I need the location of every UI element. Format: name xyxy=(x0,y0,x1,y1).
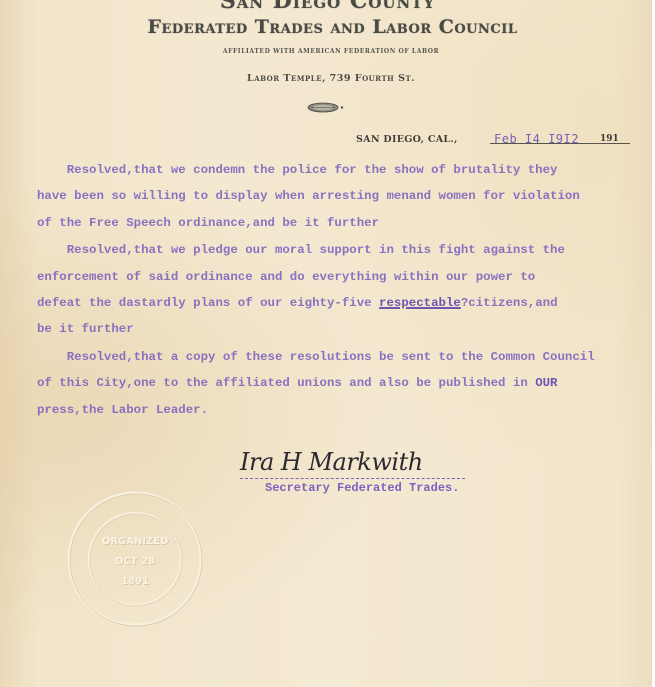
text-line: defeat the dastardly plans of our eighty… xyxy=(37,290,637,316)
letterhead-address: Labor Temple, 739 Fourth St. xyxy=(0,73,655,84)
letterhead-affiliation: AFFILIATED WITH AMERICAN FEDERATION OF L… xyxy=(0,48,655,55)
text-line: Resolved,that we condemn the police for … xyxy=(37,157,637,183)
paragraph-2: Resolved,that we pledge our moral suppor… xyxy=(37,237,637,342)
dateline: SAN DIEGO, CAL., Feb I4 I9I2 191 xyxy=(356,133,636,149)
text-segment: defeat the dastardly plans of our eighty… xyxy=(37,296,379,310)
embossed-seal: ORGANIZED OCT 28 1891 xyxy=(60,488,210,630)
text-line: press,the Labor Leader. xyxy=(37,397,637,423)
text-segment: ?citizens,and xyxy=(461,296,558,310)
underlined-word: respectable xyxy=(379,296,461,310)
printed-year-prefix: 191 xyxy=(600,134,619,144)
seal-line-date: OCT 28 xyxy=(60,556,210,567)
seal-line-organized: ORGANIZED xyxy=(60,536,210,547)
text-line: be it further xyxy=(37,316,637,342)
text-line: Resolved,that a copy of these resolution… xyxy=(37,344,637,370)
letterhead-county: San Diego County xyxy=(0,0,655,14)
dateline-city: SAN DIEGO, CAL., xyxy=(356,134,458,145)
handwritten-signature: Ira H Markwith xyxy=(240,448,423,476)
paragraph-1: Resolved,that we condemn the police for … xyxy=(37,157,637,236)
text-segment: of this City,one to the affiliated union… xyxy=(37,376,535,390)
union-emblem-icon xyxy=(305,102,345,113)
text-line: have been so willing to display when arr… xyxy=(37,183,637,209)
emphasis-word: OUR xyxy=(535,376,557,390)
letterhead-council-name: Federated Trades and Labor Council xyxy=(0,16,655,38)
text-line: Resolved,that we pledge our moral suppor… xyxy=(37,237,637,263)
text-line: enforcement of said ordinance and do eve… xyxy=(37,264,637,290)
paragraph-3: Resolved,that a copy of these resolution… xyxy=(37,344,637,423)
text-line: of the Free Speech ordinance,and be it f… xyxy=(37,210,637,236)
seal-line-year: 1891 xyxy=(60,576,210,587)
resolution-body: Resolved,that we condemn the police for … xyxy=(37,157,637,423)
text-line: of this City,one to the affiliated union… xyxy=(37,370,637,396)
signature-title: Secretary Federated Trades. xyxy=(265,481,459,495)
typed-date: Feb I4 I9I2 xyxy=(494,132,579,146)
